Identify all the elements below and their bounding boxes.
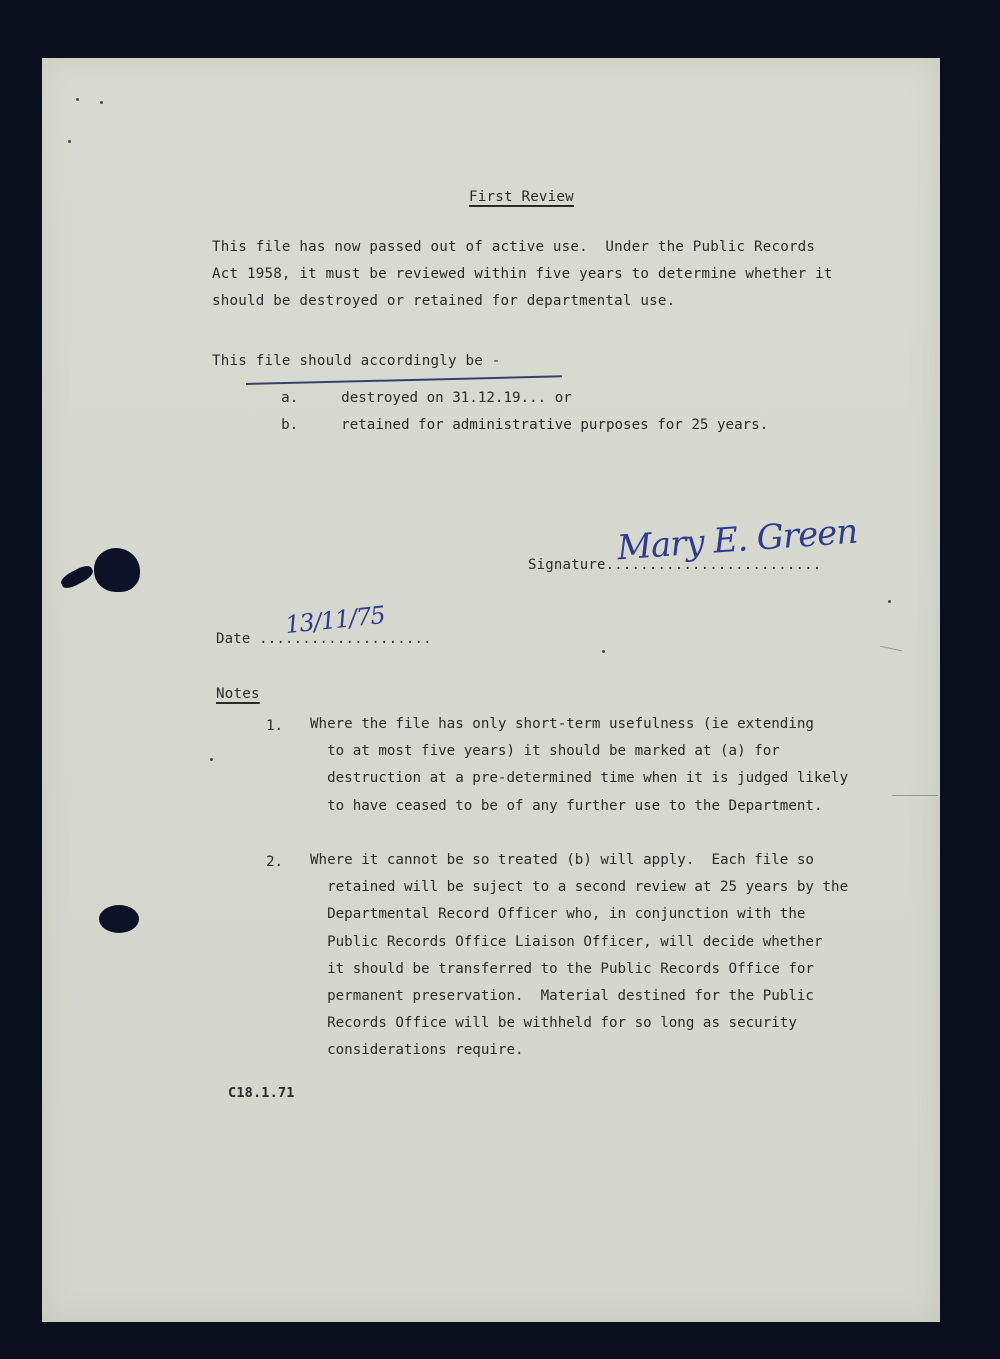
paper-speck [76, 98, 79, 101]
paper-speck [888, 600, 891, 603]
note-number: 2. [266, 854, 283, 870]
note-line: considerations require. [310, 1042, 524, 1058]
note-line: destruction at a pre-determined time whe… [310, 770, 848, 786]
paper-speck [68, 140, 71, 143]
handwritten-signature: Mary E. Green [616, 512, 859, 569]
date-label: Date [216, 631, 251, 647]
intro-line: Act 1958, it must be reviewed within fiv… [212, 266, 833, 282]
note-line: to have ceased to be of any further use … [310, 798, 823, 814]
paper-crease [892, 795, 938, 796]
paper-crease [880, 646, 902, 652]
note-line: Departmental Record Officer who, in conj… [310, 906, 805, 922]
note-line: to at most five years) it should be mark… [310, 743, 780, 759]
note-1-text: Where the file has only short-term usefu… [310, 711, 848, 820]
note-line: Where the file has only short-term usefu… [310, 716, 814, 732]
note-2-text: Where it cannot be so treated (b) will a… [310, 847, 848, 1065]
document-page: First Review This file has now passed ou… [42, 58, 940, 1322]
form-reference: C18.1.71 [228, 1080, 295, 1107]
note-line: Public Records Office Liaison Officer, w… [310, 934, 823, 950]
paper-speck [210, 758, 213, 761]
paper-speck [602, 650, 605, 653]
note-line: it should be transferred to the Public R… [310, 961, 814, 977]
note-line: Records Office will be withheld for so l… [310, 1015, 797, 1031]
intro-paragraph: This file has now passed out of active u… [212, 234, 833, 315]
note-line: Where it cannot be so treated (b) will a… [310, 852, 814, 868]
intro-line: This file has now passed out of active u… [212, 239, 815, 255]
punch-hole [94, 548, 140, 592]
option-letter: b. [281, 417, 341, 433]
intro-line: should be destroyed or retained for depa… [212, 293, 675, 309]
option-text: retained for administrative purposes for… [341, 417, 768, 433]
signature-label: Signature [528, 557, 606, 573]
accordingly-statement: This file should accordingly be - [212, 348, 500, 375]
document-title: First Review [469, 184, 574, 211]
paper-speck [100, 101, 103, 104]
punch-hole-tear [59, 563, 96, 591]
notes-heading: Notes [216, 681, 260, 708]
note-line: permanent preservation. Material destine… [310, 988, 814, 1004]
note-number: 1. [266, 718, 283, 734]
note-line: retained will be suject to a second revi… [310, 879, 848, 895]
date-dots: .................... [259, 631, 432, 647]
option-b: b.retained for administrative purposes f… [247, 401, 768, 449]
punch-hole-tear [102, 913, 118, 925]
